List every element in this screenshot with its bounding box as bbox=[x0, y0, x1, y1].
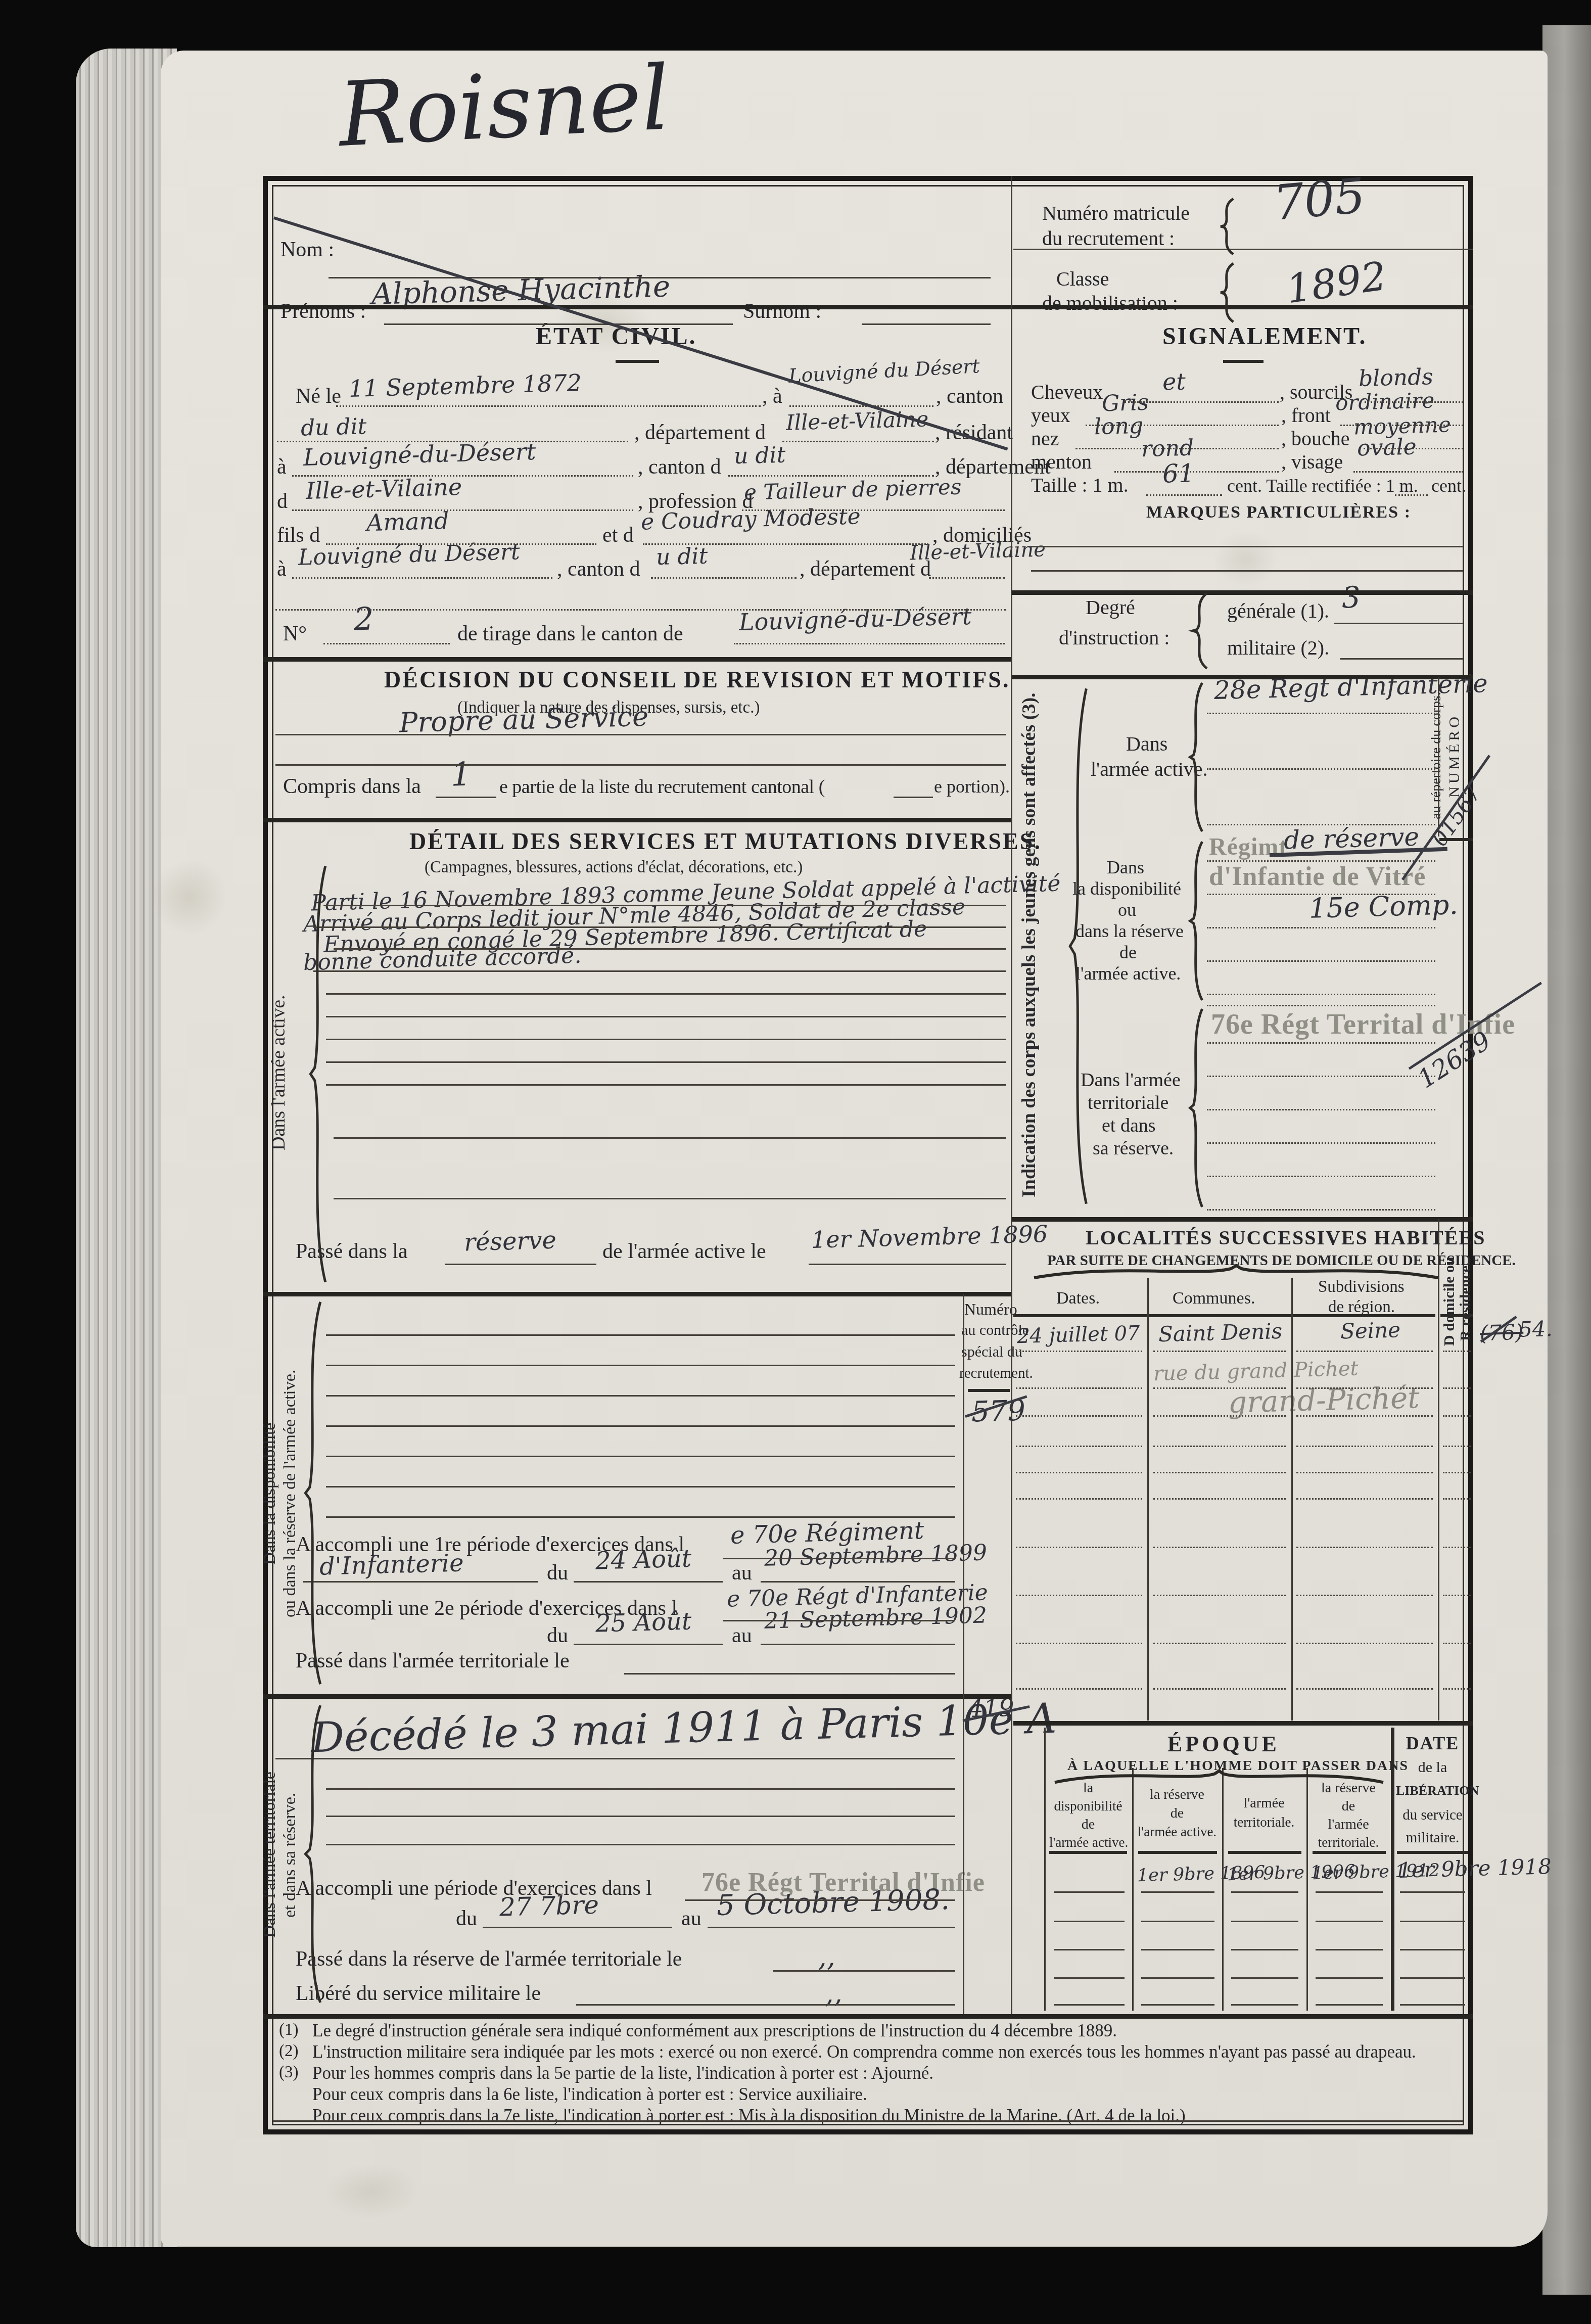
footnote-1-text: Le degré d'instruction générale sera ind… bbox=[312, 2021, 1117, 2041]
rule bbox=[1016, 1415, 1142, 1417]
rule bbox=[1296, 1351, 1433, 1352]
col-dr-header-1: D domicile ou bbox=[1440, 1223, 1459, 1380]
rule bbox=[1153, 1446, 1286, 1447]
nom-label: Nom : bbox=[280, 238, 334, 262]
rule bbox=[277, 441, 628, 442]
epoque-col2-3: l'armée active. bbox=[1136, 1824, 1218, 1840]
rule bbox=[326, 993, 1006, 995]
rule bbox=[1016, 1643, 1142, 1644]
controle-box-label-2: au contrôle bbox=[961, 1322, 1012, 1339]
rule bbox=[728, 475, 934, 477]
adjacent-page-edge bbox=[1542, 25, 1591, 2295]
rule bbox=[334, 1198, 1006, 1199]
localites-title: LOCALITÉS SUCCESSIVES HABITÉES bbox=[1086, 1226, 1485, 1249]
rule bbox=[1153, 1472, 1286, 1473]
rule bbox=[313, 970, 1006, 972]
services-subtitle: (Campagnes, blessures, actions d'éclat, … bbox=[425, 858, 803, 877]
periode-terr-fin: 5 Octobre 1908. bbox=[716, 1883, 950, 1922]
rule bbox=[651, 577, 797, 579]
numero-tirage-label: N° bbox=[283, 622, 307, 646]
rule bbox=[1443, 1446, 1471, 1447]
rule bbox=[1395, 494, 1428, 496]
divider-line bbox=[1222, 1768, 1224, 2011]
rule bbox=[326, 1395, 955, 1397]
degre-label-1: Degré bbox=[1086, 595, 1135, 619]
footnote-2-marker: (2) bbox=[279, 2042, 298, 2061]
footnote-2-text: L'instruction militaire sera indiquée pa… bbox=[312, 2042, 1416, 2062]
indication-corps-label: Indication des corps auxquels les jeunes… bbox=[1015, 680, 1043, 1211]
rule bbox=[326, 1425, 955, 1427]
rule bbox=[576, 2004, 955, 2006]
rule bbox=[1207, 1176, 1435, 1177]
rule bbox=[734, 643, 1005, 644]
rule bbox=[1334, 623, 1463, 624]
divider-line bbox=[1306, 1768, 1308, 2011]
du-terr-label: du bbox=[456, 1907, 477, 1931]
rule bbox=[773, 1970, 955, 1972]
departement3-value-handwritten: Ille-et-Vilaine bbox=[305, 473, 462, 504]
rule bbox=[1296, 1472, 1433, 1473]
rule bbox=[1440, 1314, 1473, 1317]
localite-row1-subdiv: Seine bbox=[1340, 1317, 1400, 1343]
rule bbox=[1207, 1109, 1435, 1110]
rule bbox=[275, 734, 1006, 735]
epoque-col1-4: l'armée active. bbox=[1049, 1835, 1127, 1850]
epoque-col4-2: de bbox=[1311, 1798, 1386, 1815]
rule bbox=[1296, 1595, 1433, 1596]
rule bbox=[275, 609, 1006, 611]
rule bbox=[1228, 1851, 1301, 1854]
col-communes-header: Communes. bbox=[1173, 1289, 1255, 1308]
rule bbox=[326, 1816, 955, 1817]
rule bbox=[1443, 1547, 1471, 1548]
rule bbox=[1231, 1921, 1298, 1922]
dispo-label-6: l'armée active. bbox=[1075, 963, 1181, 984]
rule bbox=[1316, 1977, 1383, 1979]
rule bbox=[1125, 401, 1279, 403]
rule bbox=[1400, 1977, 1465, 1979]
nom-value-handwritten: Roisnel bbox=[336, 47, 672, 167]
rule bbox=[1296, 1688, 1433, 1690]
controle-box-label-4: recrutement. bbox=[959, 1365, 1013, 1382]
rule bbox=[1016, 1547, 1142, 1548]
compris-value-handwritten: 1 bbox=[450, 756, 472, 794]
rule bbox=[1054, 1921, 1125, 1922]
rule bbox=[1011, 1217, 1473, 1222]
rule bbox=[1153, 1595, 1286, 1596]
rule bbox=[326, 1061, 1006, 1063]
epoque-col4-4: territoriale. bbox=[1311, 1835, 1386, 1850]
departement-label: , département d bbox=[634, 421, 766, 445]
divider-line bbox=[1391, 1728, 1394, 2011]
marge-terr-label-1: Dans l'armée territoriale bbox=[259, 1703, 281, 2007]
rule bbox=[1207, 1005, 1435, 1006]
rule bbox=[574, 1644, 723, 1645]
rule bbox=[789, 405, 933, 407]
periode2-debut-handwritten: 25 Août bbox=[595, 1607, 692, 1638]
rule bbox=[326, 1016, 1006, 1017]
rule bbox=[1207, 927, 1435, 928]
rule bbox=[1138, 1851, 1217, 1854]
rule bbox=[742, 509, 1005, 511]
horizontal-brace bbox=[1052, 1768, 1386, 1785]
rule bbox=[624, 1673, 955, 1675]
epoque-title: ÉPOQUE bbox=[1167, 1731, 1280, 1757]
armee-active-label-1: Dans bbox=[1126, 732, 1167, 756]
divider-line bbox=[1438, 1219, 1439, 1721]
epoque-col1-3: de bbox=[1049, 1817, 1127, 1833]
rule bbox=[326, 1486, 955, 1488]
rule bbox=[326, 1456, 955, 1457]
rule bbox=[1153, 1387, 1286, 1389]
epoque-col4-3: l'armée bbox=[1311, 1817, 1386, 1833]
rule bbox=[1153, 1351, 1286, 1352]
col-dates-header: Dates. bbox=[1056, 1289, 1100, 1308]
rule bbox=[1054, 1891, 1125, 1893]
marge-dispo-label-2: ou dans la réserve de l'armée active. bbox=[279, 1299, 301, 1688]
surnom-label: Surnom : bbox=[743, 299, 821, 323]
marge-dispo-label-1: Dans la disponibilité bbox=[259, 1299, 281, 1688]
curly-brace bbox=[306, 862, 327, 1286]
date-header-2: de la bbox=[1396, 1759, 1469, 1776]
rule bbox=[708, 1927, 955, 1928]
numero-repertoire-label-2: au répertoire du corps. bbox=[1426, 680, 1446, 831]
rule bbox=[1316, 1921, 1383, 1922]
date-header-5: militaire. bbox=[1396, 1830, 1469, 1846]
rule bbox=[326, 543, 596, 545]
rule bbox=[1353, 471, 1463, 473]
terr-label-1: Dans l'armée bbox=[1081, 1069, 1181, 1091]
passe-reserve-label-2: de l'armée active le bbox=[602, 1239, 766, 1264]
services-title: DÉTAIL DES SERVICES ET MUTATIONS DIVERSE… bbox=[409, 828, 1042, 855]
marge-armee-active-label: Dans l'armée active. bbox=[263, 859, 294, 1286]
rule bbox=[1011, 590, 1473, 595]
rule bbox=[275, 764, 1006, 766]
a2-label: à bbox=[277, 455, 287, 479]
rule bbox=[1141, 1949, 1214, 1950]
cent-label: cent. bbox=[1431, 475, 1466, 496]
rule bbox=[1141, 1977, 1214, 1979]
rule bbox=[273, 2120, 1463, 2122]
periode1-corps2-handwritten: d'Infanterie bbox=[319, 1549, 464, 1581]
rule bbox=[1207, 713, 1435, 714]
front-label: , front bbox=[1281, 403, 1331, 427]
passe-territoriale-label: Passé dans l'armée territoriale le bbox=[296, 1649, 570, 1673]
rule bbox=[1054, 1977, 1125, 1979]
dispo-label-2: la disponibilité bbox=[1072, 878, 1181, 899]
canton3-label: , canton d bbox=[557, 557, 640, 581]
rule bbox=[336, 405, 761, 407]
rule bbox=[1397, 1851, 1468, 1854]
libere-label: Libéré du service militaire le bbox=[296, 1981, 541, 2006]
rule bbox=[329, 277, 991, 278]
prenoms-label: Prénoms : bbox=[280, 299, 366, 323]
fils-label: fils d bbox=[277, 523, 320, 547]
rule bbox=[275, 1758, 955, 1759]
rule bbox=[723, 1620, 955, 1621]
a3-label: à bbox=[277, 557, 287, 581]
periode-terr-debut: 27 7bre bbox=[499, 1890, 599, 1922]
rule bbox=[334, 1137, 1006, 1139]
curly-brace bbox=[301, 1298, 322, 1688]
rule bbox=[1016, 1446, 1142, 1447]
decision-value-handwritten: Propre au Service bbox=[399, 701, 649, 739]
classe-label-line2: de mobilisation : bbox=[1042, 291, 1178, 315]
rule bbox=[263, 305, 1473, 309]
rule bbox=[574, 1581, 723, 1583]
rule bbox=[1013, 1721, 1473, 1726]
rule bbox=[263, 657, 1011, 662]
rule bbox=[313, 926, 1006, 928]
residant-label: , résidant bbox=[935, 421, 1013, 445]
rule bbox=[483, 1927, 672, 1928]
decision-title: DÉCISION DU CONSEIL DE REVISION ET MOTIF… bbox=[384, 666, 1010, 693]
rule bbox=[436, 797, 496, 798]
rule bbox=[292, 577, 552, 579]
rule bbox=[1207, 1209, 1435, 1211]
rule bbox=[326, 1788, 955, 1790]
localite-row3-commune: grand-Pichét bbox=[1228, 1380, 1420, 1420]
rule bbox=[1207, 960, 1435, 962]
classe-label-line1: Classe bbox=[1056, 267, 1109, 291]
rule bbox=[1400, 1921, 1465, 1922]
rule bbox=[1207, 1076, 1435, 1077]
rule bbox=[1296, 1446, 1433, 1447]
rule bbox=[1207, 1042, 1435, 1044]
rule bbox=[1443, 1688, 1471, 1690]
divider-line bbox=[1438, 677, 1439, 836]
rule bbox=[263, 1694, 1011, 1699]
rule bbox=[1443, 1415, 1471, 1417]
rule bbox=[1316, 2004, 1383, 2006]
rule bbox=[1153, 1415, 1286, 1417]
rule bbox=[1340, 425, 1463, 426]
tirage-label: de tirage dans le canton de bbox=[457, 622, 683, 646]
curly-brace bbox=[1217, 263, 1235, 322]
rule bbox=[685, 1899, 955, 1901]
rule bbox=[1296, 1547, 1433, 1548]
rule bbox=[1207, 894, 1435, 895]
passe-reserve-terr-label: Passé dans la réserve de l'armée territo… bbox=[296, 1947, 682, 1971]
rule bbox=[1296, 1387, 1433, 1389]
rule bbox=[1031, 546, 1463, 547]
curly-brace bbox=[1217, 198, 1235, 255]
rule bbox=[1049, 1851, 1127, 1854]
rule bbox=[1296, 1415, 1433, 1417]
rule bbox=[1013, 1314, 1435, 1317]
rule bbox=[326, 1844, 955, 1845]
bouche-label: , bouche bbox=[1281, 427, 1350, 450]
rule bbox=[1316, 1891, 1383, 1893]
rule bbox=[1231, 2004, 1298, 2006]
degre-label-2: d'instruction : bbox=[1059, 626, 1169, 649]
rule bbox=[323, 905, 1006, 906]
rule bbox=[1054, 1949, 1125, 1950]
rule bbox=[292, 475, 633, 477]
passe-reserve-terr-ditto: ,, bbox=[817, 1941, 835, 1973]
rule bbox=[1231, 1891, 1298, 1893]
rule bbox=[643, 543, 928, 545]
yeux-label: yeux bbox=[1031, 403, 1070, 427]
stamp-regiment-reserve-2: d'Infantie de Vitré bbox=[1209, 862, 1426, 892]
rule bbox=[1031, 570, 1463, 572]
rule bbox=[1231, 1949, 1298, 1950]
marques-label: MARQUES PARTICULIÈRES : bbox=[1146, 503, 1411, 522]
ne-le-label: Né le bbox=[296, 384, 341, 408]
cheveux-value: et bbox=[1162, 367, 1186, 395]
du2-label: du bbox=[547, 1623, 568, 1648]
rule bbox=[1443, 1387, 1471, 1389]
rule bbox=[1016, 1387, 1142, 1389]
epoque-col2-1: la réserve bbox=[1136, 1787, 1218, 1803]
rule bbox=[445, 1264, 596, 1265]
rule bbox=[1141, 1891, 1214, 1893]
rule bbox=[292, 509, 633, 511]
compris-label-2: e partie de la liste du recrutement cant… bbox=[499, 776, 825, 798]
rule bbox=[1075, 448, 1279, 449]
terr-label-2: territoriale bbox=[1088, 1092, 1168, 1114]
dispo-label-5: de bbox=[1119, 942, 1137, 963]
rule bbox=[1231, 1977, 1298, 1979]
passe-reserve-value: réserve bbox=[463, 1226, 556, 1257]
terr-label-3: et dans bbox=[1102, 1114, 1156, 1137]
nez-label: nez bbox=[1031, 427, 1059, 450]
rule bbox=[1016, 1595, 1142, 1596]
rule bbox=[1207, 860, 1435, 862]
canton2-label: , canton d bbox=[638, 455, 721, 479]
canton-value-handwritten: du dit bbox=[300, 413, 367, 441]
epoque-col1-2: disponibilité bbox=[1049, 1798, 1127, 1814]
date-header-4: du service bbox=[1396, 1807, 1469, 1824]
au-terr-label: au bbox=[681, 1907, 701, 1931]
nez-value: long bbox=[1094, 413, 1143, 440]
sourcils-value: blonds bbox=[1358, 364, 1433, 392]
divider-line bbox=[963, 1294, 964, 2014]
divider-line bbox=[1044, 1728, 1046, 2011]
rule bbox=[1114, 471, 1279, 473]
rule bbox=[326, 1334, 955, 1336]
rule bbox=[1439, 838, 1473, 841]
date-header-1: DATE bbox=[1396, 1733, 1469, 1754]
generale-value: 3 bbox=[1341, 580, 1361, 615]
visage-label: , visage bbox=[1281, 450, 1343, 474]
footnote-3-text: Pour les hommes compris dans la 5e parti… bbox=[312, 2063, 933, 2083]
rule bbox=[1296, 1643, 1433, 1644]
horizontal-brace bbox=[1031, 1263, 1441, 1281]
rule bbox=[1016, 1472, 1142, 1473]
au2-label: au bbox=[732, 1623, 752, 1648]
rule bbox=[263, 2014, 1473, 2019]
generale-label: générale (1). bbox=[1227, 599, 1329, 623]
curly-brace bbox=[1187, 1007, 1204, 1209]
rule bbox=[894, 797, 933, 798]
rule bbox=[761, 1644, 955, 1645]
rule bbox=[809, 1264, 1006, 1265]
localite-row1-date: 24 juillet 07 bbox=[1016, 1322, 1140, 1348]
curly-brace bbox=[301, 1702, 322, 2006]
rule bbox=[1207, 768, 1435, 770]
curly-brace bbox=[1187, 840, 1204, 1002]
curly-brace bbox=[1065, 683, 1089, 1209]
epoque-val-liberation: 1er 9bre 1918 bbox=[1397, 1854, 1552, 1883]
rule bbox=[326, 1084, 1006, 1086]
rule bbox=[303, 1581, 538, 1583]
rule bbox=[1365, 401, 1463, 403]
rule bbox=[384, 323, 733, 325]
rule bbox=[1207, 824, 1435, 825]
rule bbox=[1011, 675, 1473, 679]
periode1-debut-handwritten: 24 Août bbox=[595, 1545, 692, 1575]
rule bbox=[1016, 1498, 1142, 1500]
rule bbox=[1340, 658, 1463, 660]
rule bbox=[723, 1558, 955, 1559]
rule bbox=[326, 1365, 955, 1366]
rule bbox=[1400, 1949, 1465, 1950]
pere-value-handwritten: Amand bbox=[366, 507, 449, 536]
canton3-value-handwritten: u dit bbox=[656, 543, 708, 571]
taille-rectifiee-label: cent. Taille rectifiée : 1 m. bbox=[1227, 475, 1418, 496]
rule bbox=[1153, 1547, 1286, 1548]
dispo-label-3: ou bbox=[1118, 899, 1136, 920]
rule bbox=[263, 1292, 1011, 1296]
taille-value: 61 bbox=[1162, 458, 1195, 489]
rule bbox=[1016, 1351, 1142, 1352]
rule bbox=[862, 323, 991, 325]
localite-row1-commune: Saint Denis bbox=[1158, 1319, 1282, 1346]
rule bbox=[1153, 1688, 1286, 1690]
au1-label: au bbox=[732, 1561, 752, 1585]
scanned-register-page: Roisnel Nom : Prénoms : Alphonse Hyacint… bbox=[0, 0, 1591, 2324]
rule bbox=[1153, 1643, 1286, 1644]
rule bbox=[1141, 2004, 1214, 2006]
epoque-col2-2: de bbox=[1136, 1805, 1218, 1822]
epoque-col3-1: l'armée bbox=[1226, 1795, 1302, 1811]
divider-line bbox=[1132, 1768, 1134, 2011]
epoque-col3-2: territoriale. bbox=[1226, 1815, 1302, 1830]
curly-brace bbox=[1187, 681, 1204, 833]
dispo-label-1: Dans bbox=[1107, 857, 1144, 878]
rule bbox=[326, 1516, 955, 1518]
rule bbox=[326, 1039, 1006, 1040]
curly-brace bbox=[1189, 592, 1209, 669]
rule bbox=[1016, 1688, 1142, 1690]
canton-label: , canton bbox=[936, 384, 1003, 408]
rule bbox=[929, 577, 1005, 579]
matricule-value-handwritten: 705 bbox=[1272, 168, 1368, 231]
rule bbox=[263, 818, 1011, 822]
rule bbox=[1400, 1891, 1465, 1893]
rule bbox=[1296, 1498, 1433, 1500]
rule bbox=[1207, 994, 1435, 995]
rule bbox=[1443, 1498, 1471, 1500]
divider-line bbox=[1011, 176, 1012, 2014]
matricule-label-line1: Numéro matricule bbox=[1042, 201, 1190, 225]
controle-box-label-3: spécial du bbox=[961, 1343, 1012, 1361]
rule bbox=[1443, 1643, 1471, 1644]
departement4-value-handwritten: Ille-et-Vilaine bbox=[909, 538, 1046, 565]
col-dr-header-2: R résidence. bbox=[1457, 1223, 1475, 1380]
departement-value-handwritten: Ille-et-Vilaine bbox=[785, 406, 928, 435]
dispo-label-4: dans la réserve bbox=[1075, 920, 1184, 942]
rule bbox=[1086, 425, 1279, 426]
footnote-4-text: Pour ceux compris dans la 6e liste, l'in… bbox=[312, 2084, 867, 2105]
menton-label: menton bbox=[1031, 450, 1092, 474]
controle-box-label-1: Numéro bbox=[964, 1300, 1010, 1319]
rule bbox=[761, 1581, 955, 1583]
rule bbox=[968, 1389, 1010, 1392]
du1-label: du bbox=[547, 1561, 568, 1585]
rule bbox=[1146, 494, 1222, 496]
